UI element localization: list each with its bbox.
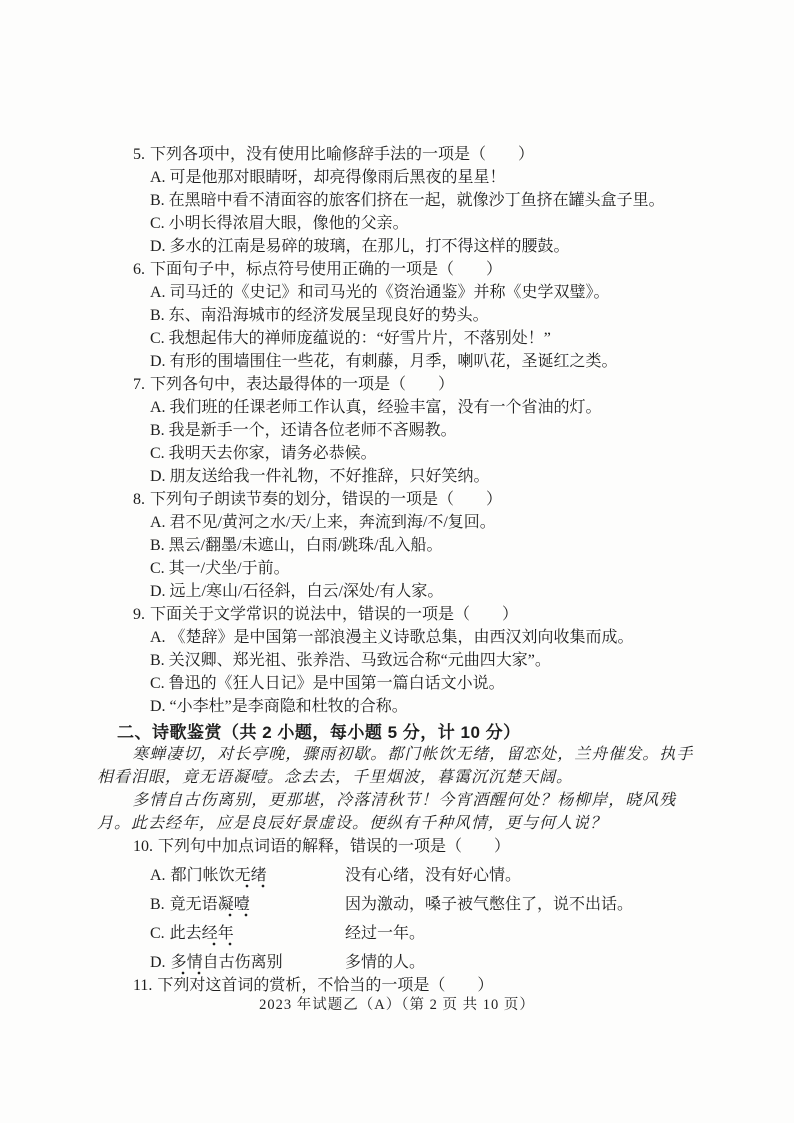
page-footer: 2023 年试题乙（A）（第 2 页 共 10 页） — [0, 993, 794, 1014]
question-8: 8.下列句子朗读节奏的划分，错误的一项是（ ） A. 君不见/黄河之水/天/上来… — [97, 488, 706, 603]
question-option-b: B. 关汉卿、郑光祖、张养浩、马致远合称“元曲四大家”。 — [97, 649, 706, 672]
question-stem: 5.下列各项中，没有使用比喻修辞手法的一项是（ ） — [97, 143, 706, 166]
option-explanation: 多情的人。 — [345, 951, 425, 974]
question-stem-text: 下列对这首词的赏析，不恰当的一项是（ ） — [157, 977, 493, 994]
poem-stanza-1: 寒蝉凄切，对长亭晚，骤雨初歇。都门帐饮无绪，留恋处，兰舟催发。执手相看泪眼，竟无… — [97, 743, 706, 789]
option-explanation: 因为激动，嗓子被气憋住了，说不出话。 — [345, 893, 633, 916]
question-9: 9.下面关于文学常识的说法中，错误的一项是（ ） A. 《楚辞》是中国第一部浪漫… — [97, 603, 706, 718]
question-option-c: C. 鲁迅的《狂人日记》是中国第一篇白话文小说。 — [97, 672, 706, 695]
question-stem-text: 下列句子朗读节奏的划分，错误的一项是（ ） — [150, 491, 502, 508]
question-option-a: A. 司马迁的《史记》和司马光的《资治通鉴》并称《史学双璧》。 — [97, 281, 706, 304]
emphasized-word: 经年 — [202, 925, 234, 946]
option-explanation: 没有心绪，没有好心情。 — [345, 864, 521, 887]
question-option-d: D. 远上/寒山/石径斜，白云/深处/有人家。 — [97, 580, 706, 603]
question-option-c: C. 其一/犬坐/于前。 — [97, 557, 706, 580]
question-stem-text: 下列各句中，表达最得体的一项是（ ） — [150, 376, 454, 393]
question-option-c: C.此去经年 经过一年。 — [97, 922, 706, 945]
question-stem: 8.下列句子朗读节奏的划分，错误的一项是（ ） — [97, 488, 706, 511]
question-10: 10.下列句中加点词语的解释，错误的一项是（ ） A.都门帐饮无绪 没有心绪，没… — [97, 835, 706, 974]
question-option-c: C. 我想起伟大的禅师庞蕴说的：“好雪片片，不落别处！” — [97, 327, 706, 350]
question-option-a: A. 君不见/黄河之水/天/上来，奔流到海/不/复回。 — [97, 511, 706, 534]
exam-page: 5.下列各项中，没有使用比喻修辞手法的一项是（ ） A. 可是他那对眼睛呀，却亮… — [0, 0, 794, 1123]
emphasized-word: 凝噎 — [218, 896, 250, 917]
question-option-b: B. 在黑暗中看不清面容的旅客们挤在一起，就像沙丁鱼挤在罐头盒子里。 — [97, 189, 706, 212]
option-explanation: 经过一年。 — [345, 922, 425, 945]
section-title-poetry: 二、诗歌鉴赏（共 2 小题，每小题 5 分，计 10 分） — [97, 718, 706, 743]
emphasized-word: 无绪 — [235, 867, 267, 888]
question-number: 7. — [133, 376, 145, 393]
question-6: 6.下面句子中，标点符号使用正确的一项是（ ） A. 司马迁的《史记》和司马光的… — [97, 258, 706, 373]
question-option-a: A. 《楚辞》是中国第一部浪漫主义诗歌总集，由西汉刘向收集而成。 — [97, 626, 706, 649]
question-stem-text: 下列句中加点词语的解释，错误的一项是（ ） — [158, 838, 510, 855]
question-option-a: A.都门帐饮无绪 没有心绪，没有好心情。 — [97, 864, 706, 887]
question-number: 10. — [133, 838, 153, 855]
option-term: C.此去经年 — [150, 922, 345, 945]
question-option-b: B. 黑云/翻墨/未遮山，白雨/跳珠/乱入船。 — [97, 534, 706, 557]
option-term: B.竟无语凝噎 — [150, 893, 345, 916]
question-5: 5.下列各项中，没有使用比喻修辞手法的一项是（ ） A. 可是他那对眼睛呀，却亮… — [97, 143, 706, 258]
question-7: 7.下列各句中，表达最得体的一项是（ ） A. 我们班的任课老师工作认真，经验丰… — [97, 373, 706, 488]
poem-stanza-2: 多情自古伤离别，更那堪，冷落清秋节！今宵酒醒何处？杨柳岸，晓风残月。此去经年，应… — [97, 789, 706, 835]
question-option-d: D. 有形的围墙围住一些花，有刺藤，月季，喇叭花，圣诞红之类。 — [97, 350, 706, 373]
exam-content: 5.下列各项中，没有使用比喻修辞手法的一项是（ ） A. 可是他那对眼睛呀，却亮… — [0, 0, 794, 997]
question-option-c: C. 小明长得浓眉大眼，像他的父亲。 — [97, 212, 706, 235]
question-option-b: B. 东、南沿海城市的经济发展呈现良好的势头。 — [97, 304, 706, 327]
question-option-b: B. 我是新手一个，还请各位老师不吝赐教。 — [97, 419, 706, 442]
question-number: 9. — [133, 606, 145, 623]
question-stem: 6.下面句子中，标点符号使用正确的一项是（ ） — [97, 258, 706, 281]
question-stem: 9.下面关于文学常识的说法中，错误的一项是（ ） — [97, 603, 706, 626]
question-option-b: B.竟无语凝噎 因为激动，嗓子被气憋住了，说不出话。 — [97, 893, 706, 916]
question-option-c: C. 我明天去你家，请务必恭候。 — [97, 442, 706, 465]
question-number: 5. — [133, 146, 145, 163]
question-option-d: D. 朋友送给我一件礼物，不好推辞，只好笑纳。 — [97, 465, 706, 488]
question-stem-text: 下面关于文学常识的说法中，错误的一项是（ ） — [150, 606, 518, 623]
question-stem-text: 下面句子中，标点符号使用正确的一项是（ ） — [150, 261, 502, 278]
question-option-a: A. 我们班的任课老师工作认真，经验丰富，没有一个省油的灯。 — [97, 396, 706, 419]
option-term: D.多情自古伤离别 — [150, 951, 345, 974]
question-number: 11. — [133, 977, 152, 994]
question-number: 8. — [133, 491, 145, 508]
question-option-a: A. 可是他那对眼睛呀，却亮得像雨后黑夜的星星！ — [97, 166, 706, 189]
question-option-d: D. 多水的江南是易碎的玻璃，在那儿，打不得这样的腰鼓。 — [97, 235, 706, 258]
question-option-d: D.多情自古伤离别 多情的人。 — [97, 951, 706, 974]
emphasized-word: 多情 — [171, 954, 203, 975]
question-stem: 7.下列各句中，表达最得体的一项是（ ） — [97, 373, 706, 396]
option-term: A.都门帐饮无绪 — [150, 864, 345, 887]
question-stem-text: 下列各项中，没有使用比喻修辞手法的一项是（ ） — [150, 146, 534, 163]
question-stem: 10.下列句中加点词语的解释，错误的一项是（ ） — [97, 835, 706, 858]
question-number: 6. — [133, 261, 145, 278]
question-option-d: D. “小李杜”是李商隐和杜牧的合称。 — [97, 695, 706, 718]
